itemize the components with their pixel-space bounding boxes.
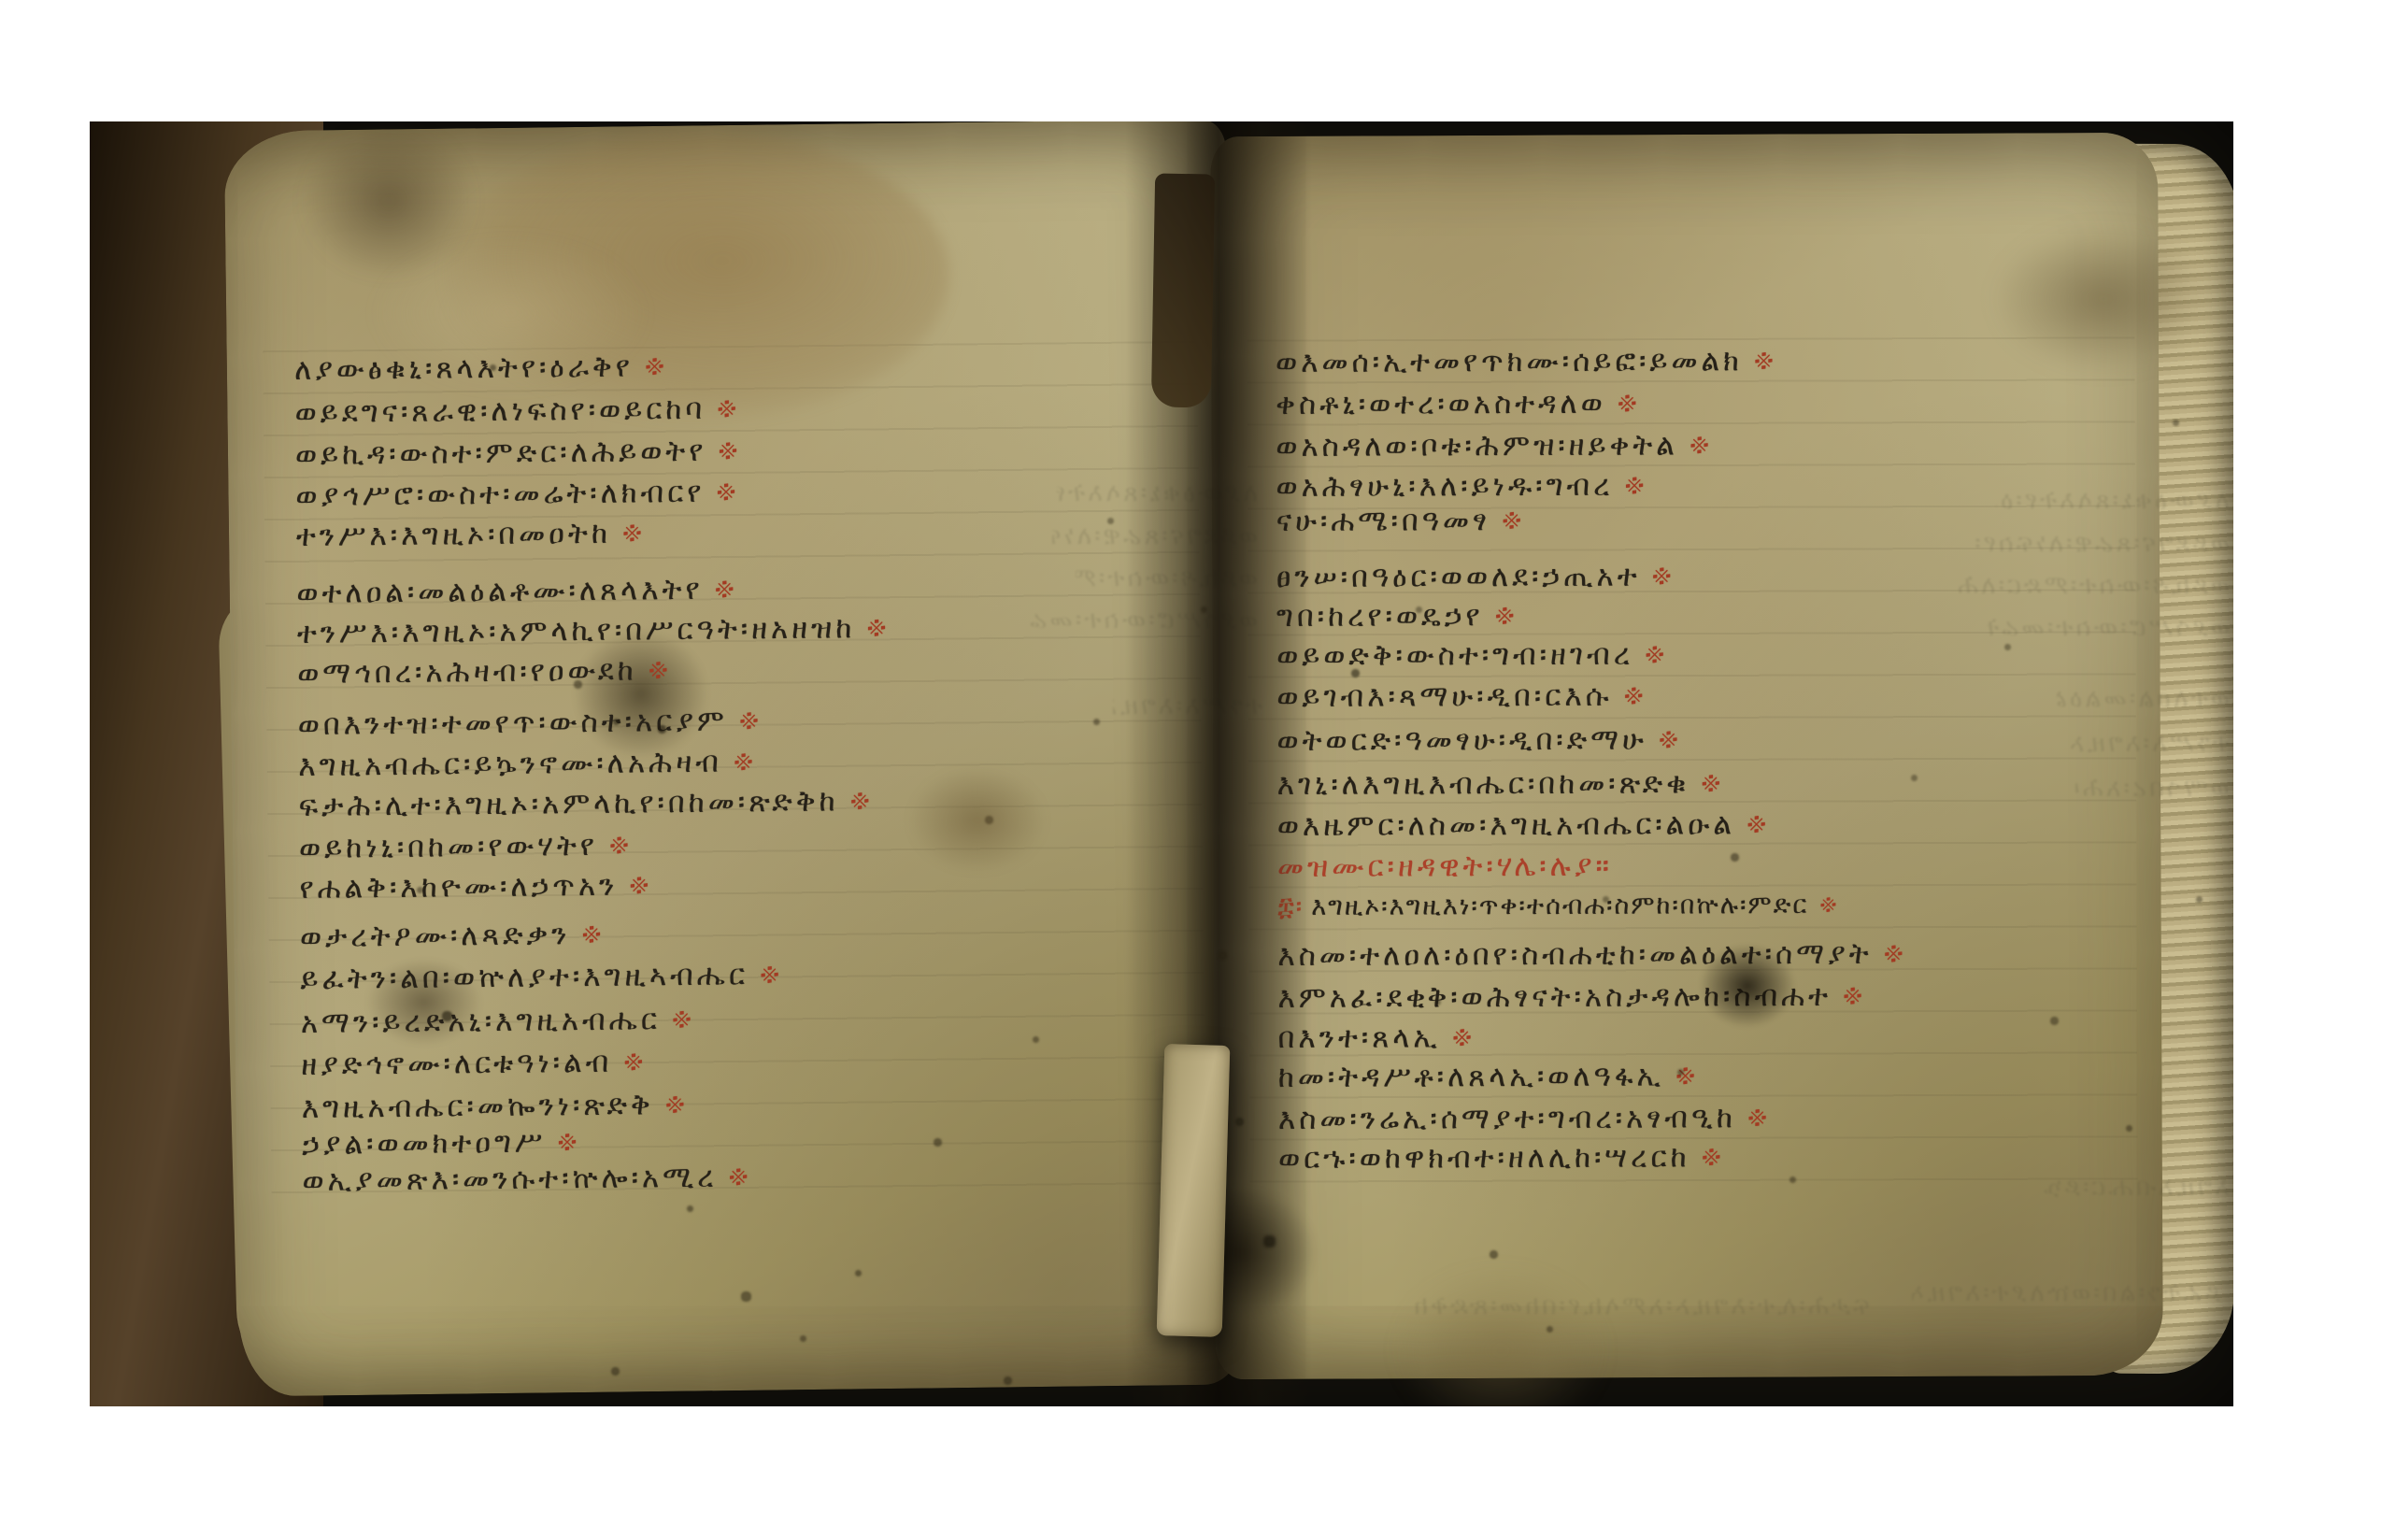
- stain: [365, 958, 482, 1047]
- bookmark-strap: [1157, 1044, 1231, 1337]
- gutter-fold: [1151, 173, 1215, 407]
- ruled-lines-left: [263, 341, 1206, 1219]
- scan-matte: ለያውፅቁኒ፡ጸላእትየ፡ዕራቅየወይደግና፡ጸራዊ፡ለነፍስየ፡ወይርከባወይ…: [0, 0, 2381, 1540]
- ruled-lines-right: [1247, 336, 2137, 1190]
- foxing-specks: [90, 121, 93, 124]
- stain: [571, 626, 711, 762]
- ink-blot: [1695, 940, 1800, 1032]
- manuscript-photo: ለያውፅቁኒ፡ጸላእትየ፡ዕራቅየወይደግና፡ጸራዊ፡ለነፍስየ፡ወይርከባወይ…: [90, 121, 2233, 1406]
- stain: [1991, 224, 2216, 374]
- stain: [300, 121, 478, 280]
- stain: [907, 766, 1048, 874]
